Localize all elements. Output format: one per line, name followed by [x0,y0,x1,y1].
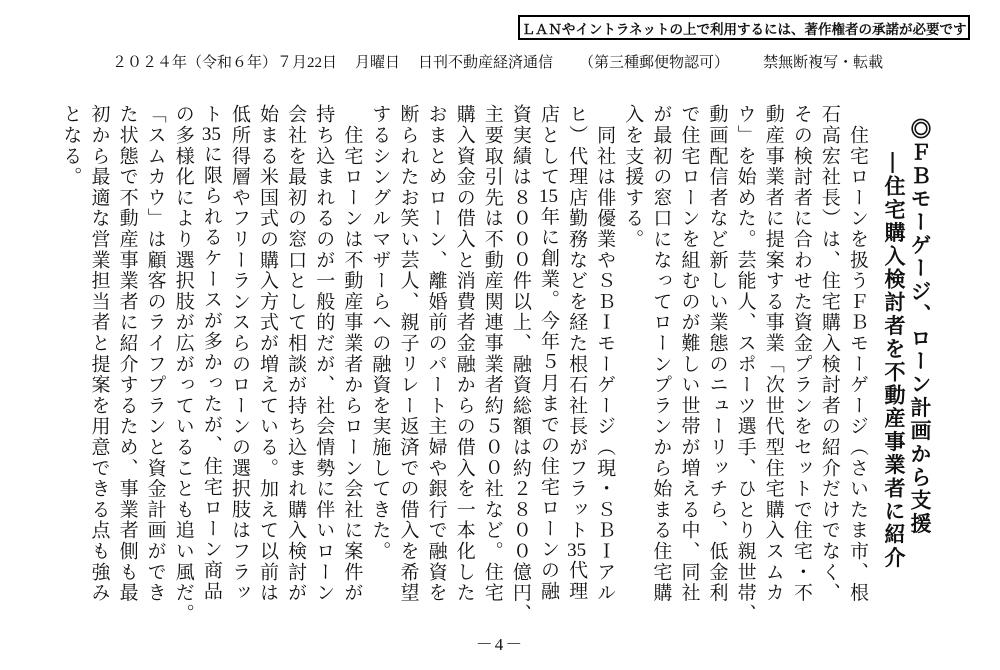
postal-permit-note: （第三種郵便物認可） [579,51,729,72]
tatechuyoko-number: 35 [201,125,222,144]
article-column: が最初の窓口になってローンプランから始まる住宅購 [646,104,674,624]
tatechuyoko-number: 35 [566,541,587,560]
article-headline: ◎ＦＢモーゲージ、ローン計画から支援 [906,104,932,624]
article-column: 同社は俳優業やＳＢＩモーゲージ（現・ＳＢＩアル [590,104,618,624]
article-column: おまとめローン、離婚前のパート主婦や銀行で融資を [422,104,450,624]
article-column: 資実績は８０００件以上、融資総額は約２８００億円、 [506,104,534,624]
article-column: するシングルマザーらへの融資を実施してきた。 [365,104,393,624]
article-body: 住宅ローンを扱うＦＢモーゲージ（さいたま市、根石高宏社長）は、住宅購入検討者の紹… [56,104,871,624]
article-column: 住宅ローンを扱うＦＢモーゲージ（さいたま市、根 [843,104,871,624]
copyright-notice-box: ＬＡＮやイントラネットの上で利用するには、著作権者の承諾が必要です [518,15,970,40]
article-column: で住宅ローンを組むのが難しい世帯が増える中、同社 [674,104,702,624]
article-column: 入を支援する。 [618,104,646,624]
article-column: 動画配信者など新しい業態のニューリッチら、低金利 [702,104,730,624]
article-column: 始まる米国式の購入方式が増えている。加えて以前は [253,104,281,624]
article-column: 「スムカウ」は顧客のライフプランと資金計画ができ [141,104,169,624]
article-column: 初から最適な営業担当者と提案を用意できる点も強み [84,104,112,624]
copyright-notice-text: ＬＡＮやイントラネットの上で利用するには、著作権者の承諾が必要です [521,18,966,38]
masthead: ２０２４年（令和６年）７月22日 月曜日 日刊不動産経済通信 （第三種郵便物認可… [112,51,883,72]
article-column: 動産事業者に提案する事業「次世代型住宅購入スムカ [759,104,787,624]
article-column: 石高宏社長）は、住宅購入検討者の紹介だけでなく、 [815,104,843,624]
publication-name: 日刊不動産経済通信 [418,51,553,72]
article-column: 低所得層やフリーランスらのローンの選択肢はフラッ [225,104,253,624]
article-column: 持ち込まれるのが一般的だが、社会情勢に伴いローン [309,104,337,624]
article-column: た状態で不動産事業者に紹介するため、事業者側も最 [112,104,140,624]
article-column: となる。 [56,104,84,624]
article: ◎ＦＢモーゲージ、ローン計画から支援 ―住宅購入検討者を不動産事業者に紹介 住宅… [56,104,932,624]
article-column: ヒ）代理店勤務などを経た根石社長がフラット35代理 [562,104,590,624]
article-column: その検討者に合わせた資金プランをセットで住宅・不 [787,104,815,624]
page-number: －4－ [0,630,1000,655]
tatechuyoko-number: 15 [538,187,559,206]
article-column: の多様化により選択肢が広がっていることも追い風だ。 [169,104,197,624]
article-column: ト35に限られるケースが多かったが、住宅ローン商品 [197,104,225,624]
article-column: 断られたお笑い芸人、親子リレー返済での借入を希望 [393,104,421,624]
article-column: ウ」を始めた。芸能人、スポーツ選手、ひとり親世帯、 [731,104,759,624]
article-column: 会社を最初の窓口として相談が持ち込まれ購入検討が [281,104,309,624]
article-column: 住宅ローンは不動産事業者からローン会社に案件が [337,104,365,624]
issue-date: ２０２４年（令和６年）７月22日 [112,51,337,72]
issue-weekday: 月曜日 [355,51,400,72]
copyright-warning: 禁無断複写・転載 [763,51,883,72]
article-column: 店として15年に創業。今年５月までの住宅ローンの融 [534,104,562,624]
article-column: 購入資金の借入と消費者金融からの借入を一本化した [450,104,478,624]
article-subheadline: ―住宅購入検討者を不動産事業者に紹介 [880,104,906,624]
article-column: 主要取引先は不動産関連事業者約５００社など。住宅 [478,104,506,624]
